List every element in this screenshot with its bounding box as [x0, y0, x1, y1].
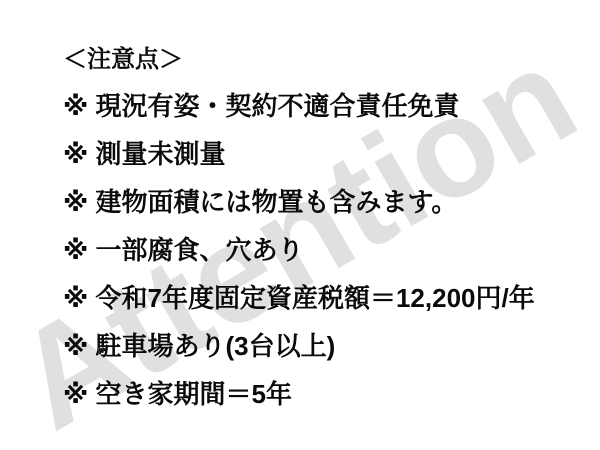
notice-item: ※ 空き家期間＝5年	[63, 368, 590, 416]
notice-item: ※ 駐車場あり(3台以上)	[63, 320, 590, 368]
notice-page: Attention ＜注意点＞ ※ 現況有姿・契約不適合責任免責 ※ 測量未測量…	[0, 0, 600, 450]
notice-content: ＜注意点＞ ※ 現況有姿・契約不適合責任免責 ※ 測量未測量 ※ 建物面積には物…	[63, 32, 590, 416]
notice-item: ※ 令和7年度固定資産税額＝12,200円/年	[63, 272, 590, 320]
notice-item: ※ 建物面積には物置も含みます。	[63, 176, 590, 224]
notice-item: ※ 現況有姿・契約不適合責任免責	[63, 80, 590, 128]
notice-item: ※ 測量未測量	[63, 128, 590, 176]
notice-heading: ＜注意点＞	[63, 32, 590, 80]
notice-item: ※ 一部腐食、穴あり	[63, 224, 590, 272]
